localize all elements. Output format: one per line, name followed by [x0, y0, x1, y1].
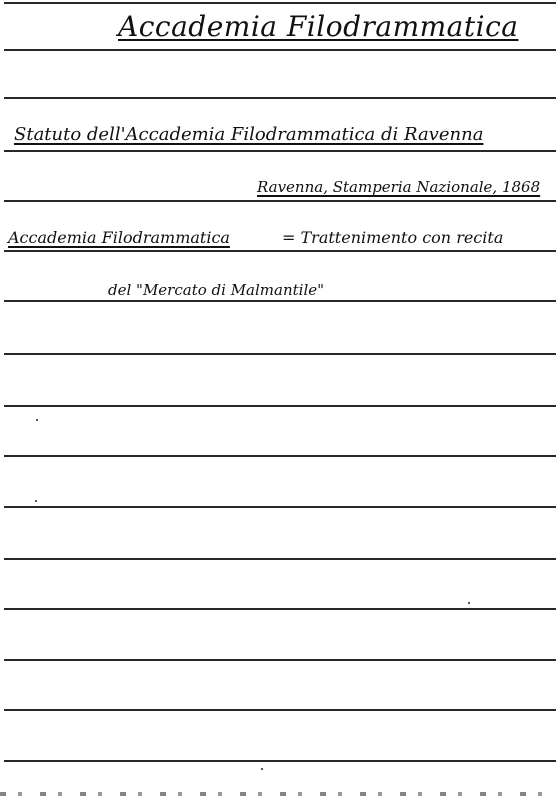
scan-speck: [35, 500, 37, 502]
ruled-line: [4, 250, 556, 252]
ruled-line: [4, 200, 556, 202]
ruled-line: [4, 709, 556, 711]
ruled-line: [4, 506, 556, 508]
entry-2-title-line-1: = Trattenimento con recita: [282, 228, 503, 247]
ruled-line: [4, 558, 556, 560]
card-heading: Accademia Filodrammatica: [118, 10, 518, 43]
ruled-line: [4, 608, 556, 610]
ruled-line: [4, 760, 556, 762]
ruled-line: [4, 150, 556, 152]
ruled-line: [4, 2, 556, 4]
ruled-line: [4, 405, 556, 407]
ruled-line: [4, 659, 556, 661]
scan-speck: [36, 419, 38, 421]
entry-2-author: Accademia Filodrammatica: [8, 228, 230, 247]
entry-1-imprint: Ravenna, Stamperia Nazionale, 1868: [257, 178, 540, 196]
entry-2-title-line-2: del "Mercato di Malmantile": [108, 281, 324, 299]
scan-edge-noise: [0, 792, 558, 796]
ruled-line: [4, 353, 556, 355]
entry-1-title: Statuto dell'Accademia Filodrammatica di…: [14, 124, 483, 145]
entry-2-title-text: Trattenimento con recita: [301, 228, 504, 247]
scan-speck: [261, 768, 263, 770]
entry-2-separator: =: [282, 228, 301, 247]
ruled-line: [4, 455, 556, 457]
ruled-line: [4, 49, 556, 51]
ruled-line: [4, 97, 556, 99]
ruled-line: [4, 300, 556, 302]
scan-speck: [468, 602, 470, 604]
